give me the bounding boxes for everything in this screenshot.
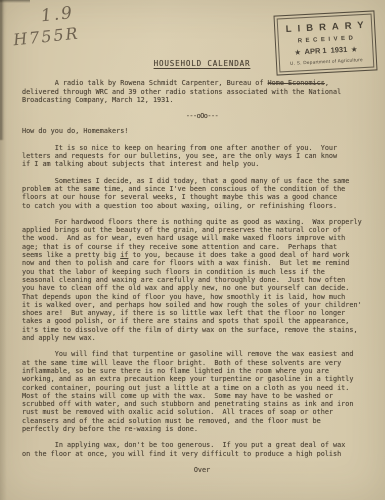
paragraph-2: Sometimes I decide, as I did today, that… [22,177,382,210]
typewritten-body: HOUSEHOLD CALENDAR A radio talk by Rowen… [22,60,382,474]
paragraph-5: In applying wax, don't be too generous. … [22,441,382,458]
intro-pre: A radio talk by Rowena Schmidt Carpenter… [22,79,268,87]
star-icon: ★ [295,48,301,56]
stamp-received-text: RECEIVED [294,35,356,44]
salutation: How do you do, Homemakers! [22,127,382,135]
call-number-line-1: 1.9 [40,3,78,27]
scan-corner-shadow [0,0,30,3]
call-number-line-2: H755R [12,24,80,50]
paragraph-3-post: to you, because it does take a good deal… [22,251,362,342]
stamp-date-row: ★ APR 1 1931 ★ [295,45,358,57]
intro-paragraph: A radio talk by Rowena Schmidt Carpenter… [22,79,382,104]
scan-edge-soft-shadow [0,0,7,500]
paragraph-3: For hardwood floors there is nothing qui… [22,218,382,342]
paragraph-4: You will find that turpentine or gasolin… [22,350,382,433]
document-title: HOUSEHOLD CALENDAR [22,60,382,68]
scanned-document-page: 1.9 H755R LIBRARY RECEIVED ★ APR 1 1931 … [0,0,385,500]
page-footer-over: Over [22,466,382,474]
section-separator: ---oOo--- [22,112,382,120]
stamp-date-year: 1931 [330,45,347,55]
handwritten-call-number: 1.9 H755R [10,3,80,50]
stamp-date-month-day: APR 1 [304,46,327,56]
struck-text: Home Economics [268,79,325,87]
star-icon: ★ [351,45,357,53]
stamp-library-text: LIBRARY [280,19,370,35]
paragraph-1: It is so nice to keep on hearing from on… [22,144,382,169]
